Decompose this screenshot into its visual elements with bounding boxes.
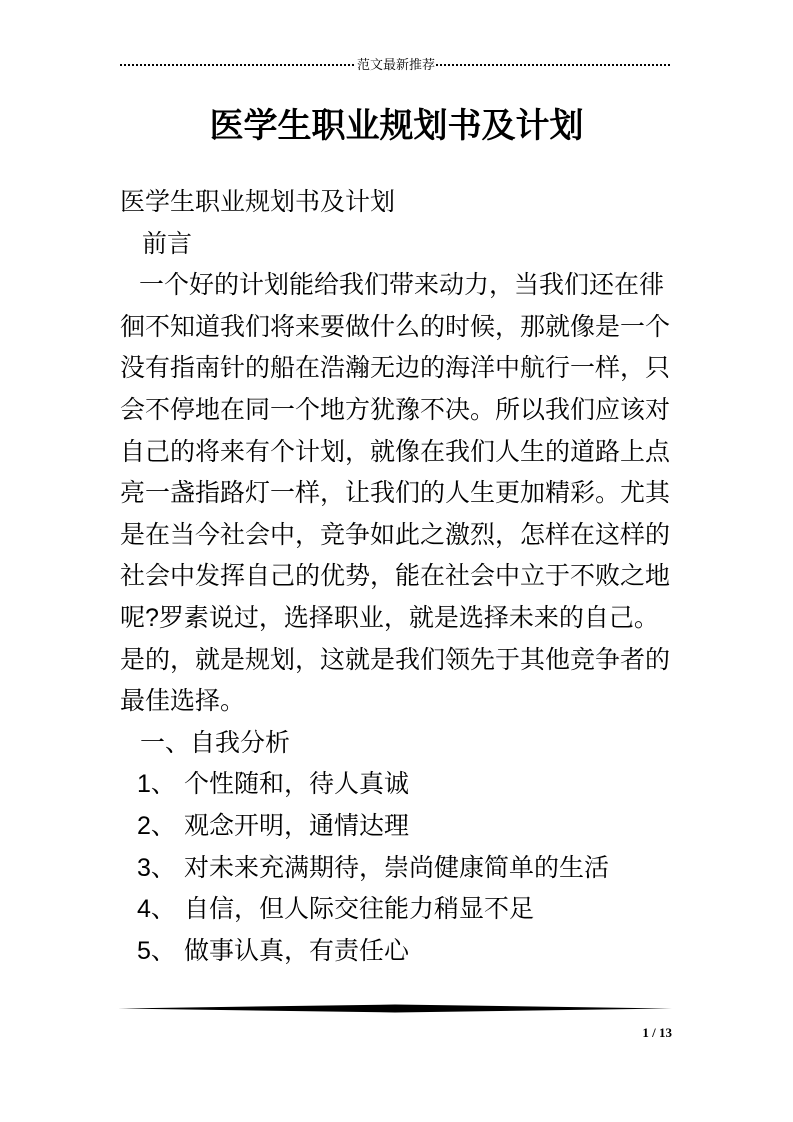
section-label: 前言 — [120, 224, 672, 266]
list-item-number: 4、 — [137, 889, 184, 931]
list-item-number: 3、 — [137, 848, 184, 890]
page-number: 1 / 13 — [642, 1025, 672, 1041]
list-item-text: 做事认真，有责任心 — [184, 937, 409, 965]
paragraph-line: 徊不知道我们将来要做什么的时候，那就像是一个 — [120, 307, 672, 349]
paragraph-line: 会不停地在同一个地方犹豫不决。所以我们应该对 — [120, 390, 672, 432]
paragraph-line: 亮一盏指路灯一样，让我们的人生更加精彩。尤其 — [120, 473, 672, 515]
paragraph-line: 是的，就是规划，这就是我们领先于其他竞争者的 — [120, 640, 672, 682]
self-analysis-list: 1、个性随和，待人真诚 2、观念开明，通情达理 3、对未来充满期待，崇尚健康简单… — [120, 764, 672, 972]
list-item: 2、观念开明，通情达理 — [120, 806, 672, 848]
paragraph-line: 最佳选择。 — [120, 681, 672, 723]
intro-paragraph: 一个好的计划能给我们带来动力，当我们还在徘 徊不知道我们将来要做什么的时候，那就… — [120, 265, 672, 723]
list-item: 3、对未来充满期待，崇尚健康简单的生活 — [120, 848, 672, 890]
paragraph-line: 社会中发挥自己的优势，能在社会中立于不败之地 — [120, 556, 672, 598]
document-body: 医学生职业规划书及计划 前言 一个好的计划能给我们带来动力，当我们还在徘 徊不知… — [120, 182, 672, 972]
paragraph-line: 一个好的计划能给我们带来动力，当我们还在徘 — [120, 265, 672, 307]
paragraph-line: 呢?罗素说过，选择职业，就是选择未来的自己。 — [120, 598, 672, 640]
list-item-text: 观念开明，通情达理 — [184, 812, 409, 840]
body-subtitle: 医学生职业规划书及计划 — [120, 182, 672, 224]
paragraph-line: 是在当今社会中，竞争如此之激烈，怎样在这样的 — [120, 515, 672, 557]
document-page: 范文最新推荐 医学生职业规划书及计划 医学生职业规划书及计划 前言 一个好的计划… — [0, 0, 793, 1122]
header-label: 范文最新推荐 — [356, 57, 436, 73]
list-item-number: 5、 — [137, 931, 184, 973]
list-item-number: 2、 — [137, 806, 184, 848]
list-item-text: 自信，但人际交往能力稍显不足 — [184, 895, 534, 923]
page-header: 范文最新推荐 — [120, 57, 672, 73]
section-heading: 一、自我分析 — [120, 723, 672, 765]
paragraph-line: 没有指南针的船在浩瀚无边的海洋中航行一样，只 — [120, 348, 672, 390]
header-dash-line-right — [436, 64, 672, 66]
footer-divider — [118, 1004, 672, 1013]
list-item-number: 1、 — [137, 764, 184, 806]
list-item: 5、做事认真，有责任心 — [120, 931, 672, 973]
document-title: 医学生职业规划书及计划 — [0, 100, 793, 152]
header-dash-line-left — [120, 64, 356, 66]
list-item: 1、个性随和，待人真诚 — [120, 764, 672, 806]
list-item-text: 个性随和，待人真诚 — [184, 770, 409, 798]
paragraph-line: 自己的将来有个计划，就像在我们人生的道路上点 — [120, 432, 672, 474]
list-item: 4、自信，但人际交往能力稍显不足 — [120, 889, 672, 931]
list-item-text: 对未来充满期待，崇尚健康简单的生活 — [184, 854, 609, 882]
